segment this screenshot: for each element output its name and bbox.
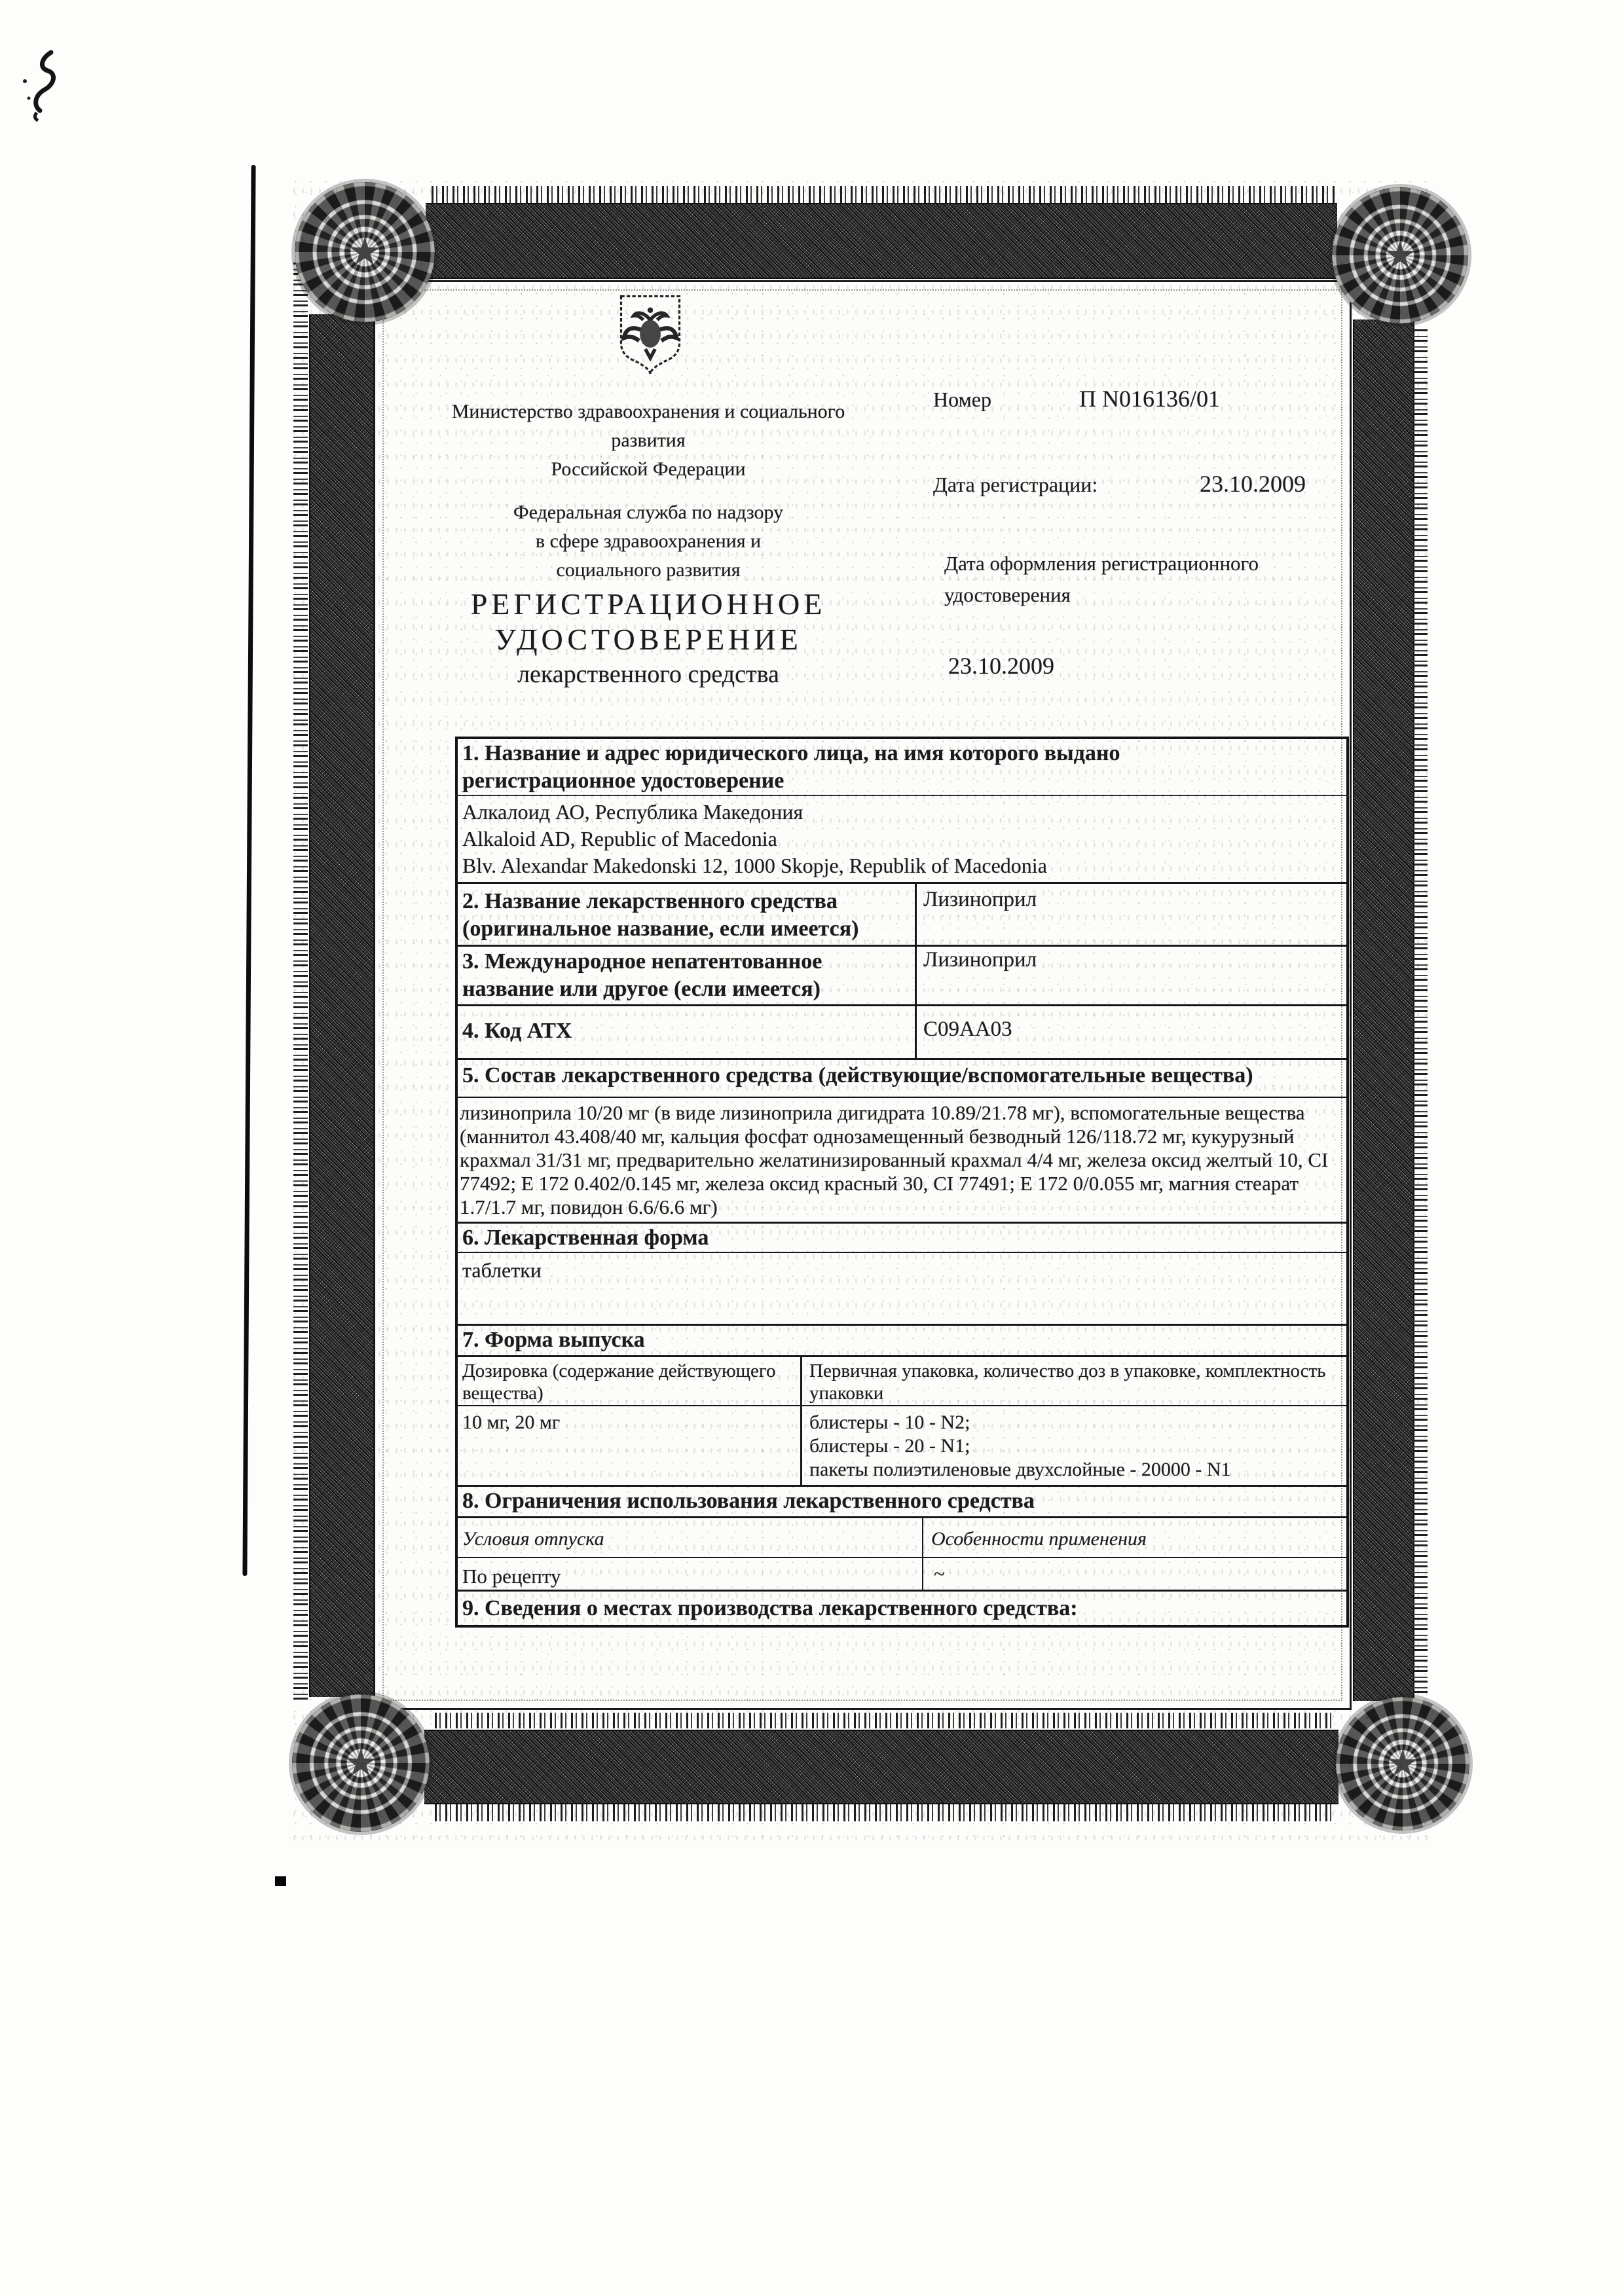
rule-s7-subtable-mid <box>455 1405 1349 1406</box>
number-label: Номер <box>933 388 991 412</box>
rule-s1-header <box>455 795 1349 796</box>
section7-col1-header-line1: Дозировка (содержание действующего <box>462 1360 776 1382</box>
ministry-name-line2: развития <box>393 429 904 452</box>
border-fringe-bottom-inner <box>432 1713 1336 1728</box>
section5-body-line4: 77492; Е 172 0.402/0.145 мг, железа окси… <box>460 1172 1299 1195</box>
ink-smudge-icon <box>17 47 69 132</box>
scanned-registration-certificate: Министерство здравоохранения и социально… <box>0 0 1624 2296</box>
section7-col1-value: 10 мг, 20 мг <box>462 1412 560 1434</box>
issue-date-label-line2: удостоверения <box>944 583 1071 607</box>
document-title-line2: УДОСТОВЕРЕНИЕ <box>393 622 904 657</box>
border-band-right <box>1353 319 1414 1701</box>
section3-label-line2: название или другое (если имеется) <box>462 977 821 1002</box>
section5-body-line5: 1.7/1.7 мг, повидон 6.6/6.6 мг) <box>460 1195 718 1219</box>
rule-s7-bottom <box>455 1485 1349 1487</box>
section7-col2-header-line2: упаковки <box>809 1383 883 1404</box>
section1-holder-ru: Алкалоид АО, Республика Македония <box>462 800 803 824</box>
rule-s3-bottom <box>455 1004 1349 1006</box>
section8-col1-header: Условия отпуска <box>462 1528 604 1550</box>
divider-s2-s4 <box>915 882 917 1058</box>
rule-s6-header <box>455 1252 1349 1253</box>
section8-title: 8. Ограничения использования лекарственн… <box>462 1489 1035 1514</box>
issue-date-label-line1: Дата оформления регистрационного <box>944 552 1259 575</box>
section8-col2-value: ~ <box>934 1562 945 1586</box>
section3-value: Лизиноприл <box>923 948 1037 972</box>
rule-s8-subtable-top <box>455 1516 1349 1518</box>
number-value: П N016136/01 <box>1079 385 1220 412</box>
document-title-line1: РЕГИСТРАЦИОННОЕ <box>393 587 904 621</box>
section1-holder-en: Alkaloid AD, Republic of Macedonia <box>462 827 777 851</box>
border-band-top <box>426 203 1337 279</box>
scan-dot-artifact <box>275 1876 286 1886</box>
section4-value: C09AA03 <box>923 1017 1012 1042</box>
document-subtitle: лекарственного средства <box>393 660 904 689</box>
border-fringe-bottom <box>432 1804 1336 1821</box>
section7-col2-value-line1: блистеры - 10 - N2; <box>809 1412 970 1434</box>
section6-value: таблетки <box>462 1258 542 1283</box>
section5-title: 5. Состав лекарственного средства (дейст… <box>462 1063 1253 1088</box>
section1-holder-address: Blv. Alexandar Makedonski 12, 1000 Skopj… <box>462 854 1047 878</box>
section7-title: 7. Форма выпуска <box>462 1328 645 1353</box>
rule-s8-bottom <box>455 1590 1349 1592</box>
rule-s2-bottom <box>455 945 1349 947</box>
divider-s8 <box>922 1516 923 1590</box>
section7-col2-header-line1: Первичная упаковка, количество доз в упа… <box>809 1360 1326 1382</box>
rule-s7-subtable-top <box>455 1355 1349 1357</box>
issue-date-value: 23.10.2009 <box>948 652 1054 680</box>
registration-date-label: Дата регистрации: <box>933 473 1098 497</box>
section7-col2-value-line3: пакеты полиэтиленовые двухслойные - 2000… <box>809 1459 1231 1481</box>
ministry-name-line3: Российской Федерации <box>393 458 904 481</box>
section3-label-line1: 3. Международное непатентованное <box>462 949 822 974</box>
registration-date-value: 23.10.2009 <box>1200 470 1306 498</box>
border-band-left <box>309 314 375 1697</box>
section6-title: 6. Лекарственная форма <box>462 1226 709 1250</box>
section5-body-line1: лизиноприла 10/20 мг (в виде лизиноприла… <box>460 1101 1305 1125</box>
section7-col2-value-line2: блистеры - 20 - N1; <box>809 1435 970 1457</box>
section9-title: 9. Сведения о местах производства лекарс… <box>462 1596 1078 1621</box>
section5-body-line3: крахмал 31/31 мг, предварительно желатин… <box>460 1148 1328 1172</box>
section2-label-line2: (оригинальное название, если имеется) <box>462 917 858 941</box>
corner-rosette-bottom-right <box>1336 1697 1469 1831</box>
border-band-bottom <box>424 1730 1338 1804</box>
rule-s4-bottom <box>455 1058 1349 1060</box>
federal-service-line2: в сфере здравоохранения и <box>393 530 904 553</box>
rule-s6-bottom <box>455 1324 1349 1326</box>
federal-service-line1: Федеральная служба по надзору <box>393 501 904 524</box>
federal-service-line3: социального развития <box>393 559 904 581</box>
section8-col1-value: По рецепту <box>462 1565 561 1588</box>
section2-value: Лизиноприл <box>923 888 1037 912</box>
border-fringe-top <box>429 186 1336 203</box>
scan-line-artifact <box>242 165 255 1576</box>
divider-s7 <box>800 1355 802 1485</box>
section7-col1-header-line2: вещества) <box>462 1383 544 1404</box>
border-fringe-left <box>293 262 308 1702</box>
section4-label: 4. Код АТХ <box>462 1019 572 1044</box>
section5-body-line2: (маннитол 43.408/40 мг, кальция фосфат о… <box>460 1125 1294 1148</box>
corner-rosette-top-left <box>295 182 435 322</box>
corner-rosette-top-right <box>1332 187 1468 323</box>
section1-title-line1: 1. Название и адрес юридического лица, н… <box>462 741 1120 766</box>
ministry-name-line1: Министерство здравоохранения и социально… <box>393 401 904 423</box>
rule-s5-header <box>455 1097 1349 1098</box>
section2-label-line1: 2. Название лекарственного средства <box>462 889 838 914</box>
rule-s8-subtable-mid <box>455 1557 1349 1558</box>
corner-rosette-bottom-left <box>292 1694 430 1832</box>
rule-s5-bottom <box>455 1222 1349 1224</box>
section1-title-line2: регистрационное удостоверение <box>462 769 784 793</box>
border-fringe-right <box>1413 327 1428 1696</box>
russian-coat-of-arms-icon <box>616 293 685 378</box>
rule-s1-bottom <box>455 882 1349 884</box>
section8-col2-header: Особенности применения <box>931 1528 1147 1550</box>
